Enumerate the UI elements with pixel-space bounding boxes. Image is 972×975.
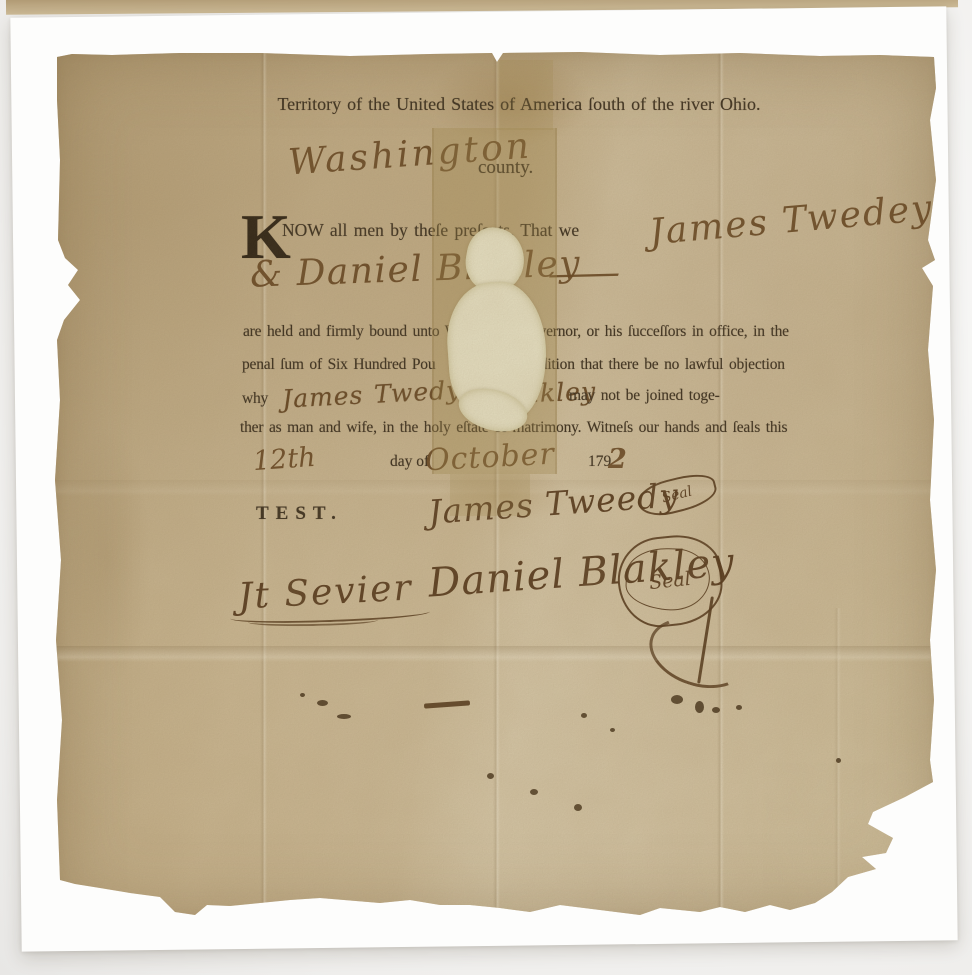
handwritten-name-james: James Twedey: [648, 188, 935, 254]
ink-spot: [712, 707, 720, 713]
ink-spot: [736, 705, 742, 710]
ink-spot: [487, 773, 494, 779]
ink-spot: [317, 700, 328, 706]
ink-spot: [581, 713, 587, 718]
ink-spot: [530, 789, 538, 795]
date-year-handwritten: 2: [608, 444, 627, 475]
tape-remnant-bottom: [450, 474, 530, 516]
seal-daniel-inner-loop: [625, 547, 711, 612]
ink-spot: [836, 758, 841, 763]
ink-spot: [337, 714, 351, 719]
paper-document: Territory of the United States of Americ…: [52, 48, 942, 922]
seal-james-label: Seal: [660, 484, 694, 507]
body-line-1a: are held and firmly bound unto W: [243, 323, 459, 340]
test-label: TEST.: [256, 503, 343, 525]
ink-spot: [300, 693, 305, 697]
ink-spot: [574, 804, 582, 811]
body-line-3-lead: why: [242, 390, 268, 407]
body-line-2: penal ſum of Six Hundred Pou condition t…: [242, 356, 435, 374]
body-line-1: are held and firmly bound unto W t, gove…: [243, 323, 459, 341]
date-of-printed: day of: [390, 453, 429, 471]
ink-smear: [424, 700, 470, 708]
body-line-3-tail: may not be joined toge-: [569, 387, 720, 405]
ink-spot: [610, 728, 615, 732]
tape-remnant-top: [497, 60, 553, 130]
body-line-3: why James Twedy el Blakley may not be jo…: [242, 390, 268, 408]
body-line-2b: condition that there be no lawful object…: [518, 356, 785, 374]
date-day-handwritten: 12th: [252, 442, 317, 477]
ink-spot: [671, 695, 683, 704]
ink-spot: [695, 701, 704, 713]
body-line-2a: penal ſum of Six Hundred Pou: [242, 356, 435, 373]
fold-crease-horizontal: [52, 646, 942, 662]
